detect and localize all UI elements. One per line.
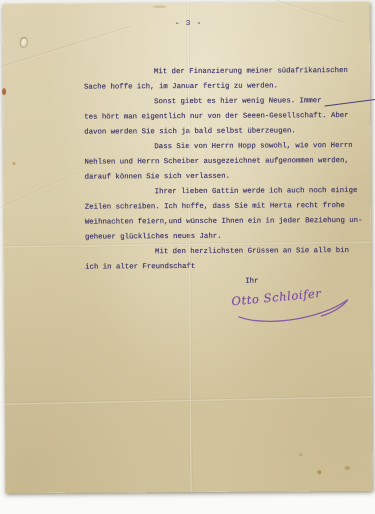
letter-line: Mit den herzlichsten Grüssen an Sie alle… bbox=[85, 244, 371, 261]
letter-line: Ihrer lieben Gattin werde ich auch noch … bbox=[85, 184, 371, 201]
scan-background: - 3 - Mit der Finanzierung meiner südafr… bbox=[0, 0, 375, 514]
paper-hole bbox=[20, 37, 28, 48]
letter-line: darauf können Sie sich verlassen. bbox=[85, 169, 371, 186]
letter-line: Mit der Finanzierung meiner südafrikanis… bbox=[84, 64, 370, 81]
signature: Otto Schloifer bbox=[231, 282, 364, 332]
letter-line: geheuer glückliches neues Jahr. bbox=[85, 229, 371, 246]
letter-line: Weihnachten feiern,und wünsche Ihnen ein… bbox=[85, 214, 371, 231]
letter-line: Sonst giebt es hier wenig Neues. Immer n… bbox=[84, 94, 370, 111]
letter-body: Mit der Finanzierung meiner südafrikanis… bbox=[84, 64, 371, 291]
letter-line: ich in alter Freundschaft bbox=[85, 259, 371, 276]
stain-bottom-right-1 bbox=[317, 470, 321, 474]
letter-line: davon werden Sie sich ja bald selbst übe… bbox=[84, 124, 370, 141]
letter-line: Zeilen schreiben. Ich hoffe, dass Sie mi… bbox=[85, 199, 371, 216]
stain-bottom-right-3 bbox=[299, 453, 302, 456]
stain-bottom-right-2 bbox=[344, 466, 350, 470]
letter-line: tes hört man eigentlich nur von der Seee… bbox=[84, 109, 370, 126]
stain-left-edge bbox=[2, 88, 6, 95]
stain-top-edge bbox=[153, 5, 167, 8]
crease-top-right bbox=[272, 0, 344, 24]
letter-line: Nehlsen und Herrn Scheiber ausgezeichnet… bbox=[84, 154, 370, 171]
crease-mid-left bbox=[0, 172, 77, 209]
stain-left-middle bbox=[12, 162, 15, 165]
letter-line-segment: Sonst giebt es hier wenig Neues. Immer bbox=[154, 97, 326, 106]
page-number: - 3 - bbox=[155, 20, 223, 28]
letter-page: - 3 - Mit der Finanzierung meiner südafr… bbox=[3, 2, 373, 493]
letter-line: Dass Sie von Herrn Hopp sowohl, wie von … bbox=[84, 139, 370, 156]
fold-crease-horizontal-lower bbox=[5, 395, 372, 405]
letter-line: Sache hoffe ich, im Januar fertig zu wer… bbox=[84, 79, 370, 96]
struck-word: nur bbox=[326, 94, 375, 110]
